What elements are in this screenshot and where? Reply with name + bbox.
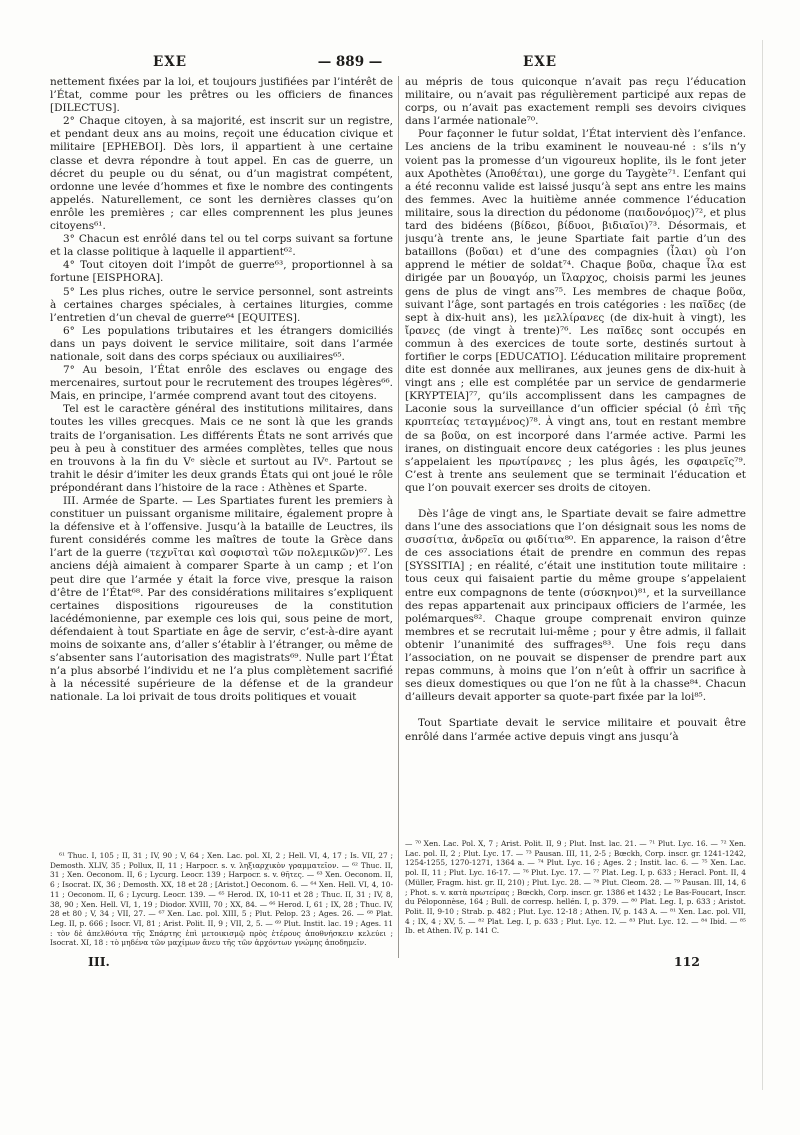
paragraph: 3° Chacun est enrôlé dans tel ou tel cor… xyxy=(50,233,393,259)
paragraph: Tel est le caractère général des institu… xyxy=(50,403,393,495)
paragraph: Tout Spartiate devait le service militai… xyxy=(405,717,746,743)
dictionary-page: EXE — 889 — EXE nettement fixées par la … xyxy=(0,0,800,1135)
header-keyword-left: EXE xyxy=(130,54,210,70)
paragraph: 5° Les plus riches, outre le service per… xyxy=(50,286,393,325)
footnote-block: ⁶¹ Thuc. I, 105 ; II, 31 ; IV, 90 ; V, 6… xyxy=(50,851,393,948)
column-divider-rule xyxy=(398,76,399,958)
right-column: au mépris de tous quiconque n’avait pas … xyxy=(405,76,746,821)
left-column: nettement fixées par la loi, et toujours… xyxy=(50,76,393,821)
paragraph: 2° Chaque citoyen, à sa majorité, est in… xyxy=(50,115,393,233)
paragraph: au mépris de tous quiconque n’avait pas … xyxy=(405,76,746,128)
paragraph: 6° Les populations tributaires et les ét… xyxy=(50,325,393,364)
volume-signature: III. xyxy=(88,954,110,969)
paragraph: nettement fixées par la loi, et toujours… xyxy=(50,76,393,115)
sheet-signature: 112 xyxy=(620,954,700,969)
footnotes-right: — ⁷⁰ Xen. Lac. Pol. X, 7 ; Arist. Polit.… xyxy=(405,839,746,959)
scan-edge-line xyxy=(762,40,763,1090)
paragraph: 7° Au besoin, l’État enrôle des esclaves… xyxy=(50,364,393,403)
paragraph: 4° Tout citoyen doit l’impôt de guerre⁶³… xyxy=(50,259,393,285)
footnote-block: — ⁷⁰ Xen. Lac. Pol. X, 7 ; Arist. Polit.… xyxy=(405,839,746,936)
footnotes-left: ⁶¹ Thuc. I, 105 ; II, 31 ; IV, 90 ; V, 6… xyxy=(50,851,393,959)
paragraph: Pour façonner le futur soldat, l’État in… xyxy=(405,128,746,495)
running-header: EXE — 889 — EXE xyxy=(0,54,800,72)
header-keyword-right: EXE xyxy=(500,54,580,70)
paragraph-armee-de-sparte: III. Armée de Sparte. — Les Spartiates f… xyxy=(50,495,393,705)
paragraph: Dès l’âge de vingt ans, le Spartiate dev… xyxy=(405,508,746,704)
page-number: — 889 — xyxy=(290,54,410,70)
